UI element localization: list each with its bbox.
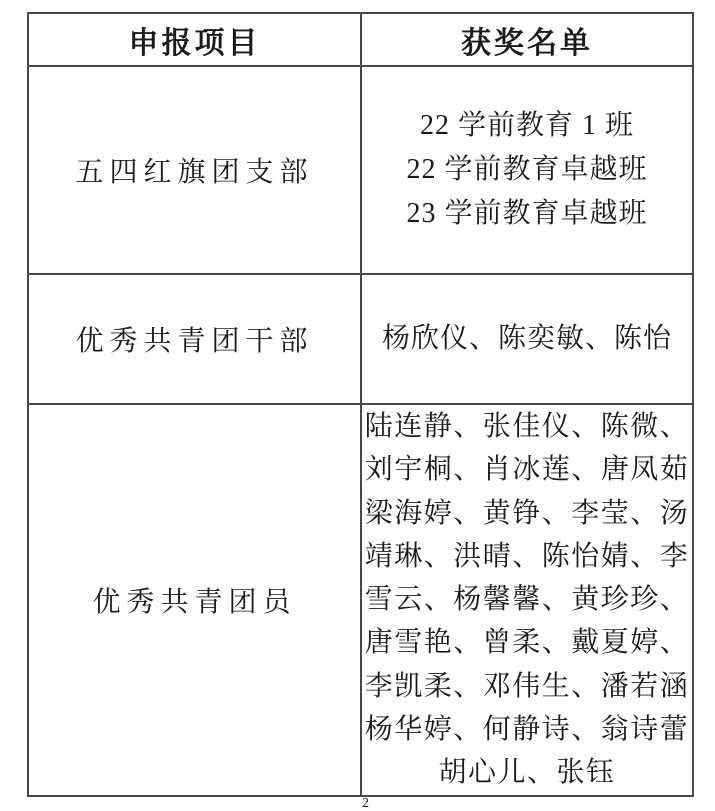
document-page: 申报项目 获奖名单 五四红旗团支部 22 学前教育 1 班 22 学前教育卓越班… [0,0,715,811]
winner-line: 22 学前教育 1 班 [362,104,692,148]
table-row-red-flag-branch: 五四红旗团支部 22 学前教育 1 班 22 学前教育卓越班 23 学前教育卓越… [28,66,693,274]
header-cell-project: 申报项目 [28,13,361,66]
winner-line: 靖琳、洪晴、陈怡婧、李 [362,535,692,578]
project-cell: 优秀共青团干部 [28,274,361,404]
header-cell-winners: 获奖名单 [361,13,693,66]
table-row-outstanding-members: 优秀共青团员 陆连静、张佳仪、陈微、 刘宇桐、肖冰莲、唐凤茹 梁海婷、黄铮、李莹… [28,404,693,796]
winner-line: 杨欣仪、陈奕敏、陈怡 [362,317,692,361]
winner-line: 杨华婷、何静诗、翁诗蕾 [362,708,692,751]
winner-line: 李凯柔、邓伟生、潘若涵 [362,665,692,708]
project-cell: 五四红旗团支部 [28,66,361,274]
project-cell: 优秀共青团员 [28,404,361,796]
winner-line: 23 学前教育卓越班 [362,192,692,236]
awards-table: 申报项目 获奖名单 五四红旗团支部 22 学前教育 1 班 22 学前教育卓越班… [27,12,694,797]
winner-line: 胡心儿、张钰 [362,751,692,794]
winner-line: 雪云、杨馨馨、黄珍珍、 [362,578,692,621]
table-header-row: 申报项目 获奖名单 [28,13,693,66]
winners-cell: 杨欣仪、陈奕敏、陈怡 [361,274,693,404]
winner-line: 22 学前教育卓越班 [362,148,692,192]
table-row-outstanding-cadres: 优秀共青团干部 杨欣仪、陈奕敏、陈怡 [28,274,693,404]
winner-line: 刘宇桐、肖冰莲、唐凤茹 [362,448,692,491]
winners-cell: 22 学前教育 1 班 22 学前教育卓越班 23 学前教育卓越班 [361,66,693,274]
winner-line: 唐雪艳、曾柔、戴夏婷、 [362,621,692,664]
page-number: 2 [362,796,369,811]
winner-line: 陆连静、张佳仪、陈微、 [362,405,692,448]
winner-line: 梁海婷、黄铮、李莹、汤 [362,492,692,535]
winners-cell: 陆连静、张佳仪、陈微、 刘宇桐、肖冰莲、唐凤茹 梁海婷、黄铮、李莹、汤 靖琳、洪… [361,404,693,796]
